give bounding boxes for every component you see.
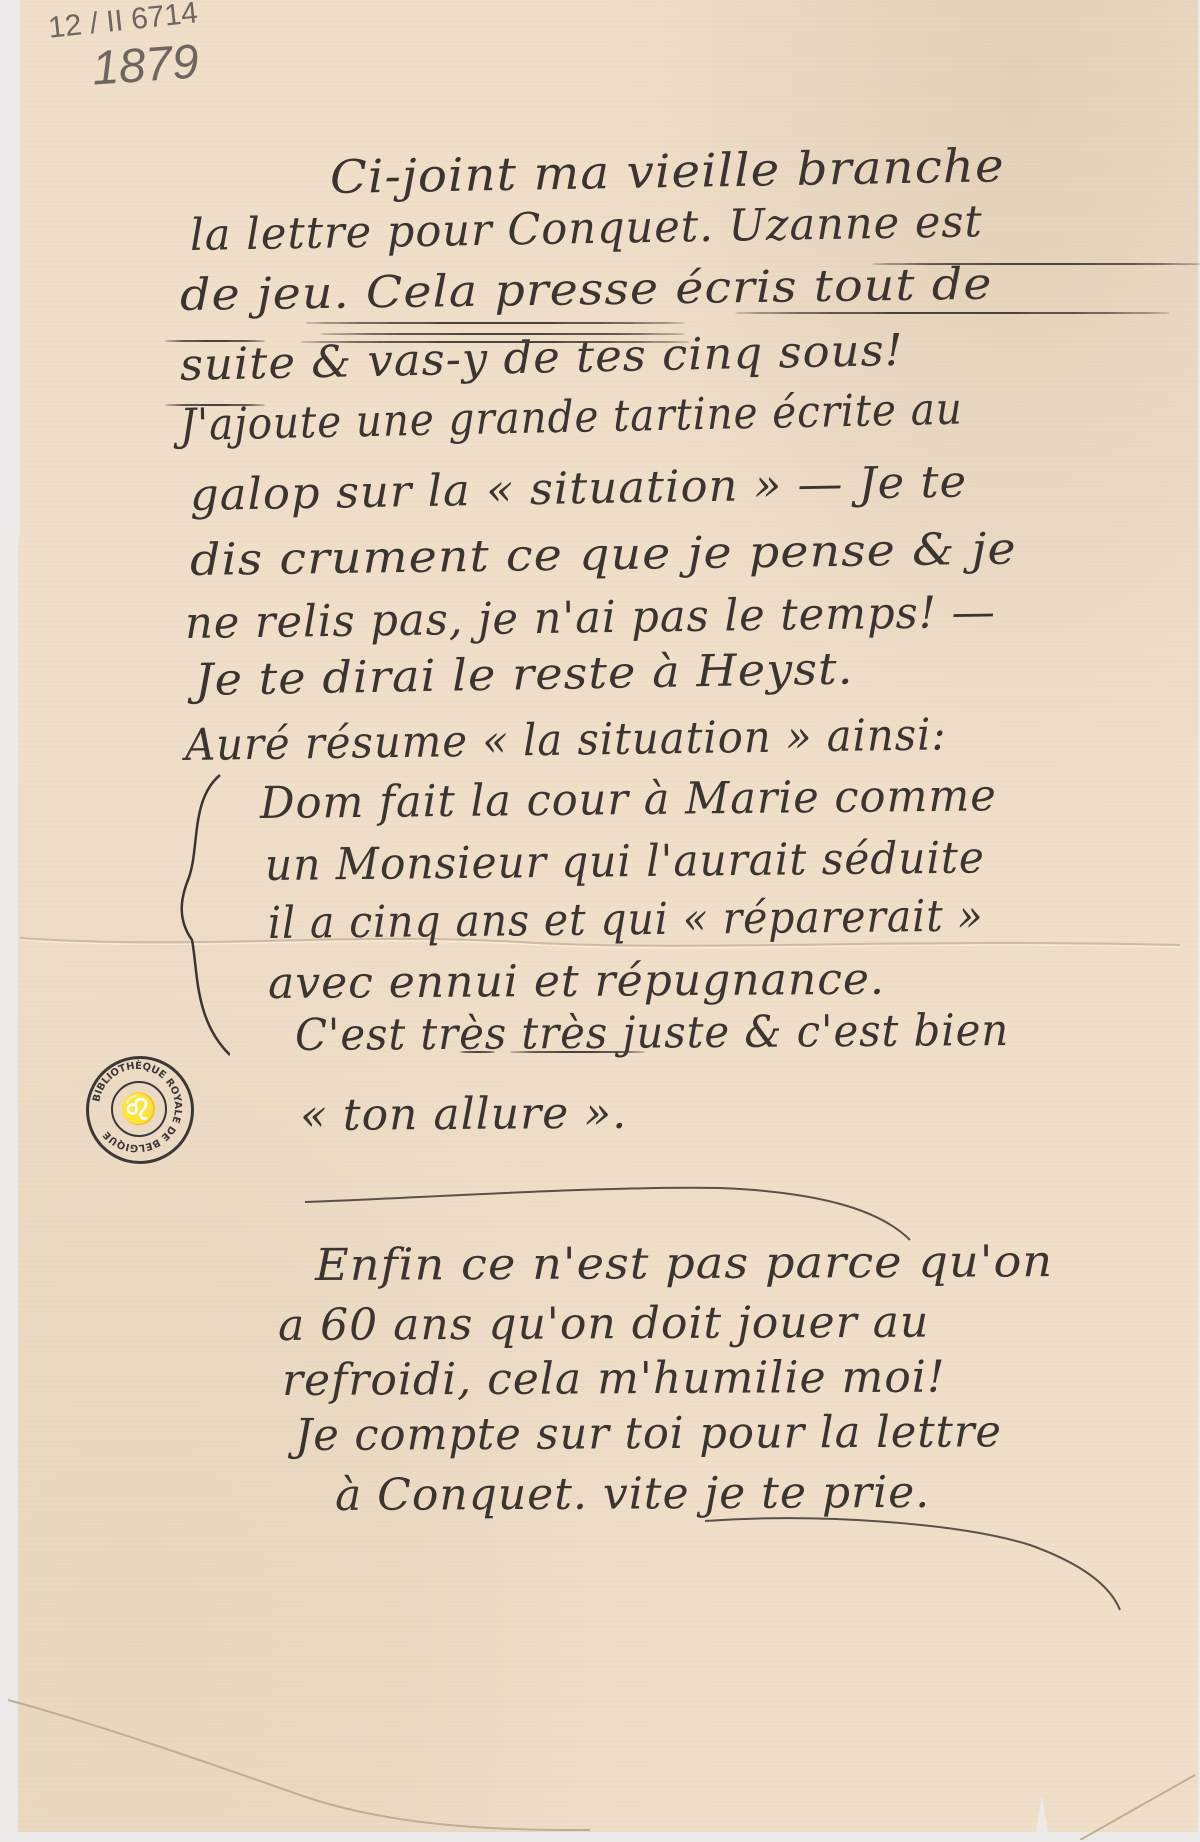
underline-cela-presse-1 — [305, 322, 685, 324]
brace-bracket — [170, 770, 230, 1060]
underline-ecris-tout-de — [735, 312, 1170, 314]
underline-de-jeu — [165, 340, 265, 342]
letter-line-15: C'est très très juste & c'est bien — [295, 1005, 1010, 1061]
underline-suite — [165, 404, 265, 406]
letter-line-18: a 60 ans qu'on doit jouer au — [278, 1297, 930, 1351]
underline-cela-presse-2 — [320, 333, 685, 335]
letter-line-13: il a cinq ans et qui « réparerait » — [268, 891, 984, 949]
underline-tres-juste — [510, 1051, 645, 1053]
year-text: 1879 — [90, 35, 200, 95]
library-stamp: BIBLIOTHÈQUE ROYALE DE BELGIQUE ♌ — [86, 1056, 194, 1164]
underline-tres — [460, 1051, 495, 1053]
letter-line-17: Enfin ce n'est pas parce qu'on — [315, 1236, 1053, 1291]
letter-line-10: Auré résume « la situation » ainsi: — [185, 709, 947, 771]
separator-flourish-bottom — [700, 1505, 1160, 1615]
letter-line-14: avec ennui et répugnance. — [268, 954, 885, 1009]
underline-cela-presse-3 — [300, 341, 690, 343]
paper-crease-bottom — [0, 1680, 1200, 1840]
letter-line-11: Dom fait la cour à Marie comme — [260, 770, 997, 829]
letter-line-19: refroidi, cela m'humilie moi! — [282, 1352, 946, 1406]
letter-line-20: Je compte sur toi pour la lettre — [295, 1406, 1002, 1461]
letter-line-12: un Monsieur qui l'aurait séduite — [265, 832, 985, 891]
lion-emblem-icon: ♌ — [111, 1081, 167, 1137]
letter-line-16: « ton allure ». — [300, 1088, 627, 1141]
underline-uzanne — [872, 263, 1200, 265]
archive-year: 1879 — [90, 34, 200, 96]
